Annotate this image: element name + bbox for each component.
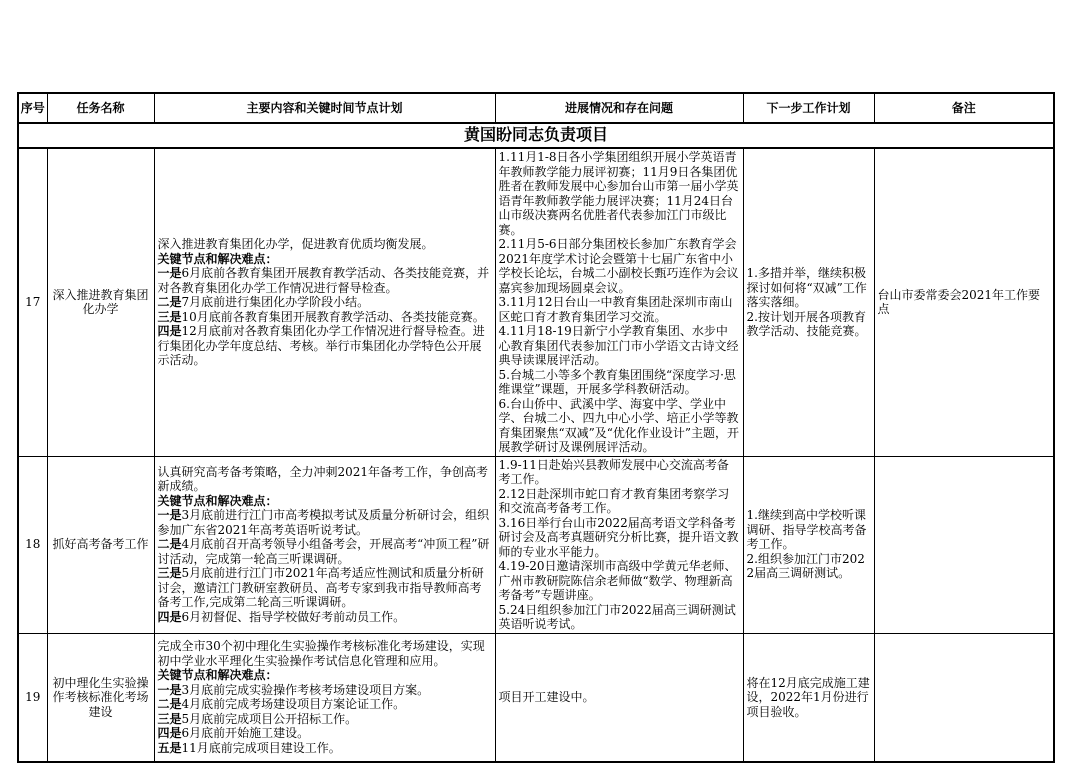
progress-item: 3.16日举行台山市2022届高考语文学科备考研讨会及高考真题研究分析比赛，提升… — [499, 516, 740, 560]
plan-item-prefix: 二是 — [158, 537, 182, 551]
next-step-item: 2.按计划开展各项教育教学活动、技能竞赛。 — [747, 310, 871, 339]
plan-item: 四是6月底前开始施工建设。 — [158, 726, 492, 741]
plan-item-text: 3月底前完成实验操作考核考场建设项目方案。 — [182, 683, 430, 697]
progress-item: 5.台城二小等多个教育集团围绕“深度学习·思维课堂”课题，开展多学科教研活动。 — [499, 368, 740, 397]
remark-cell — [874, 633, 1054, 762]
plan-cell: 深入推进教育集团化办学，促进教育优质均衡发展。 关键节点和解决难点： 一是6月底… — [154, 148, 495, 456]
header-progress: 进展情况和存在问题 — [495, 93, 743, 123]
progress-item: 4.11月18-19日新宁小学教育集团、水步中心教育集团代表参加江门市小学语文古… — [499, 324, 740, 368]
next-step-item: 1.多措并举，继续积极探讨如何将“双减”工作落实落细。 — [747, 266, 871, 310]
plan-item-prefix: 四是 — [158, 610, 182, 624]
progress-item: 5.24日组织参加江门市2022届高三调研测试英语听说考试。 — [499, 603, 740, 632]
plan-item-prefix: 四是 — [158, 324, 182, 338]
plan-item: 一是3月底前进行江门市高考模拟考试及质量分析研讨会，组织参加广东省2021年高考… — [158, 508, 492, 537]
plan-item-prefix: 三是 — [158, 566, 182, 580]
plan-item-text: 6月底前开始施工建设。 — [182, 726, 310, 740]
plan-item: 二是4月底前完成考场建设项目方案论证工作。 — [158, 697, 492, 712]
progress-item: 6.台山侨中、武溪中学、海宴中学、学业中学、台城二小、四九中心小学、培正小学等教… — [499, 397, 740, 455]
plan-item-text: 12月底前对各教育集团化办学工作情况进行督导检查。进行集团化办学年度总结、考核。… — [158, 324, 485, 367]
next-step-item: 1.继续到高中学校听课调研、指导学校高考备考工作。 — [747, 508, 871, 552]
header-task-name: 任务名称 — [47, 93, 154, 123]
section-title: 黄国盼同志负责项目 — [18, 123, 1054, 148]
plan-intro: 完成全市30个初中理化生实验操作考核标准化考场建设，实现初中学业水平理化生实验操… — [158, 639, 492, 668]
row-serial: 19 — [18, 633, 47, 762]
progress-item: 1.9-11日赴始兴县教师发展中心交流高考备考工作。 — [499, 458, 740, 487]
next-step-cell: 1.多措并举，继续积极探讨如何将“双减”工作落实落细。 2.按计划开展各项教育教… — [743, 148, 874, 456]
plan-heading: 关键节点和解决难点： — [158, 494, 492, 509]
plan-item-prefix: 一是 — [158, 683, 182, 697]
header-remark: 备注 — [874, 93, 1054, 123]
plan-item: 四是6月初督促、指导学校做好考前动员工作。 — [158, 610, 492, 625]
next-step-cell: 1.继续到高中学校听课调研、指导学校高考备考工作。 2.组织参加江门市2022届… — [743, 456, 874, 633]
plan-item: 三是5月底前进行江门市2021年高考适应性测试和质量分析研讨会，邀请江门教研室教… — [158, 566, 492, 610]
header-serial: 序号 — [18, 93, 47, 123]
plan-item: 一是3月底前完成实验操作考核考场建设项目方案。 — [158, 683, 492, 698]
plan-item: 三是5月底前完成项目公开招标工作。 — [158, 712, 492, 727]
plan-item-text: 4月底前召开高考领导小组备考会，开展高考“冲顶工程”研讨活动，完成第一轮高三听课… — [158, 537, 490, 566]
plan-item-text: 4月底前完成考场建设项目方案论证工作。 — [182, 697, 406, 711]
plan-item-text: 11月底前完成项目建设工作。 — [182, 741, 341, 755]
table-row: 19 初中理化生实验操作考核标准化考场建设 完成全市30个初中理化生实验操作考核… — [18, 633, 1054, 762]
plan-item-text: 7月底前进行集团化办学阶段小结。 — [182, 295, 370, 309]
next-step-item: 将在12月底完成施工建设，2022年1月份进行项目验收。 — [747, 676, 871, 720]
document-page: 序号 任务名称 主要内容和关键时间节点计划 进展情况和存在问题 下一步工作计划 … — [0, 0, 1080, 763]
remark-cell — [874, 456, 1054, 633]
plan-item-text: 5月底前完成项目公开招标工作。 — [182, 712, 358, 726]
progress-cell: 项目开工建设中。 — [495, 633, 743, 762]
row-serial: 18 — [18, 456, 47, 633]
plan-item-prefix: 二是 — [158, 295, 182, 309]
plan-cell: 完成全市30个初中理化生实验操作考核标准化考场建设，实现初中学业水平理化生实验操… — [154, 633, 495, 762]
plan-item-text: 5月底前进行江门市2021年高考适应性测试和质量分析研讨会，邀请江门教研室教研员… — [158, 566, 484, 609]
table-row: 18 抓好高考备考工作 认真研究高考备考策略，全力冲刺2021年备考工作，争创高… — [18, 456, 1054, 633]
progress-cell: 1.11月1-8日各小学集团组织开展小学英语青年教师教学能力展评初赛；11月9日… — [495, 148, 743, 456]
progress-item: 3.11月12日台山一中教育集团赴深圳市南山区蛇口育才教育集团学习交流。 — [499, 295, 740, 324]
plan-item: 四是12月底前对各教育集团化办学工作情况进行督导检查。进行集团化办学年度总结、考… — [158, 324, 492, 368]
progress-item: 2.12日赴深圳市蛇口育才教育集团考察学习和交流高考备考工作。 — [499, 487, 740, 516]
plan-item-prefix: 三是 — [158, 310, 182, 324]
progress-item: 1.11月1-8日各小学集团组织开展小学英语青年教师教学能力展评初赛；11月9日… — [499, 150, 740, 237]
header-next-step: 下一步工作计划 — [743, 93, 874, 123]
plan-item: 二是7月底前进行集团化办学阶段小结。 — [158, 295, 492, 310]
plan-item: 五是11月底前完成项目建设工作。 — [158, 741, 492, 756]
plan-item-prefix: 五是 — [158, 741, 182, 755]
remark-cell: 台山市委常委会2021年工作要点 — [874, 148, 1054, 456]
plan-heading: 关键节点和解决难点： — [158, 668, 492, 683]
task-name: 深入推进教育集团化办学 — [47, 148, 154, 456]
plan-intro: 深入推进教育集团化办学，促进教育优质均衡发展。 — [158, 237, 492, 252]
plan-item-text: 6月底前各教育集团开展教育教学活动、各类技能竞赛，并对各教育集团化办学工作情况进… — [158, 266, 490, 295]
task-name: 抓好高考备考工作 — [47, 456, 154, 633]
plan-intro: 认真研究高考备考策略，全力冲刺2021年备考工作，争创高考新成绩。 — [158, 465, 492, 494]
plan-item-text: 6月初督促、指导学校做好考前动员工作。 — [182, 610, 406, 624]
plan-item-text: 3月底前进行江门市高考模拟考试及质量分析研讨会，组织参加广东省2021年高考英语… — [158, 508, 490, 537]
plan-item: 一是6月底前各教育集团开展教育教学活动、各类技能竞赛，并对各教育集团化办学工作情… — [158, 266, 492, 295]
plan-item-prefix: 一是 — [158, 266, 182, 280]
plan-heading: 关键节点和解决难点： — [158, 252, 492, 267]
header-plan: 主要内容和关键时间节点计划 — [154, 93, 495, 123]
task-name: 初中理化生实验操作考核标准化考场建设 — [47, 633, 154, 762]
plan-item: 三是10月底前各教育集团开展教育教学活动、各类技能竞赛。 — [158, 310, 492, 325]
plan-item: 二是4月底前召开高考领导小组备考会，开展高考“冲顶工程”研讨活动，完成第一轮高三… — [158, 537, 492, 566]
progress-item: 2.11月5-6日部分集团校长参加广东教育学会2021年度学术讨论会暨第十七届广… — [499, 237, 740, 295]
plan-item-prefix: 一是 — [158, 508, 182, 522]
next-step-cell: 将在12月底完成施工建设，2022年1月份进行项目验收。 — [743, 633, 874, 762]
progress-item: 项目开工建设中。 — [499, 690, 740, 705]
progress-cell: 1.9-11日赴始兴县教师发展中心交流高考备考工作。 2.12日赴深圳市蛇口育才… — [495, 456, 743, 633]
progress-item: 4.19-20日邀请深圳市高级中学黄元华老师、广州市教研院陈信余老师做“数学、物… — [499, 559, 740, 603]
next-step-item: 2.组织参加江门市2022届高三调研测试。 — [747, 552, 871, 581]
plan-item-prefix: 三是 — [158, 712, 182, 726]
plan-item-prefix: 四是 — [158, 726, 182, 740]
work-plan-table: 序号 任务名称 主要内容和关键时间节点计划 进展情况和存在问题 下一步工作计划 … — [17, 92, 1055, 763]
table-row: 17 深入推进教育集团化办学 深入推进教育集团化办学，促进教育优质均衡发展。 关… — [18, 148, 1054, 456]
row-serial: 17 — [18, 148, 47, 456]
plan-item-text: 10月底前各教育集团开展教育教学活动、各类技能竞赛。 — [182, 310, 485, 324]
plan-item-prefix: 二是 — [158, 697, 182, 711]
plan-cell: 认真研究高考备考策略，全力冲刺2021年备考工作，争创高考新成绩。 关键节点和解… — [154, 456, 495, 633]
